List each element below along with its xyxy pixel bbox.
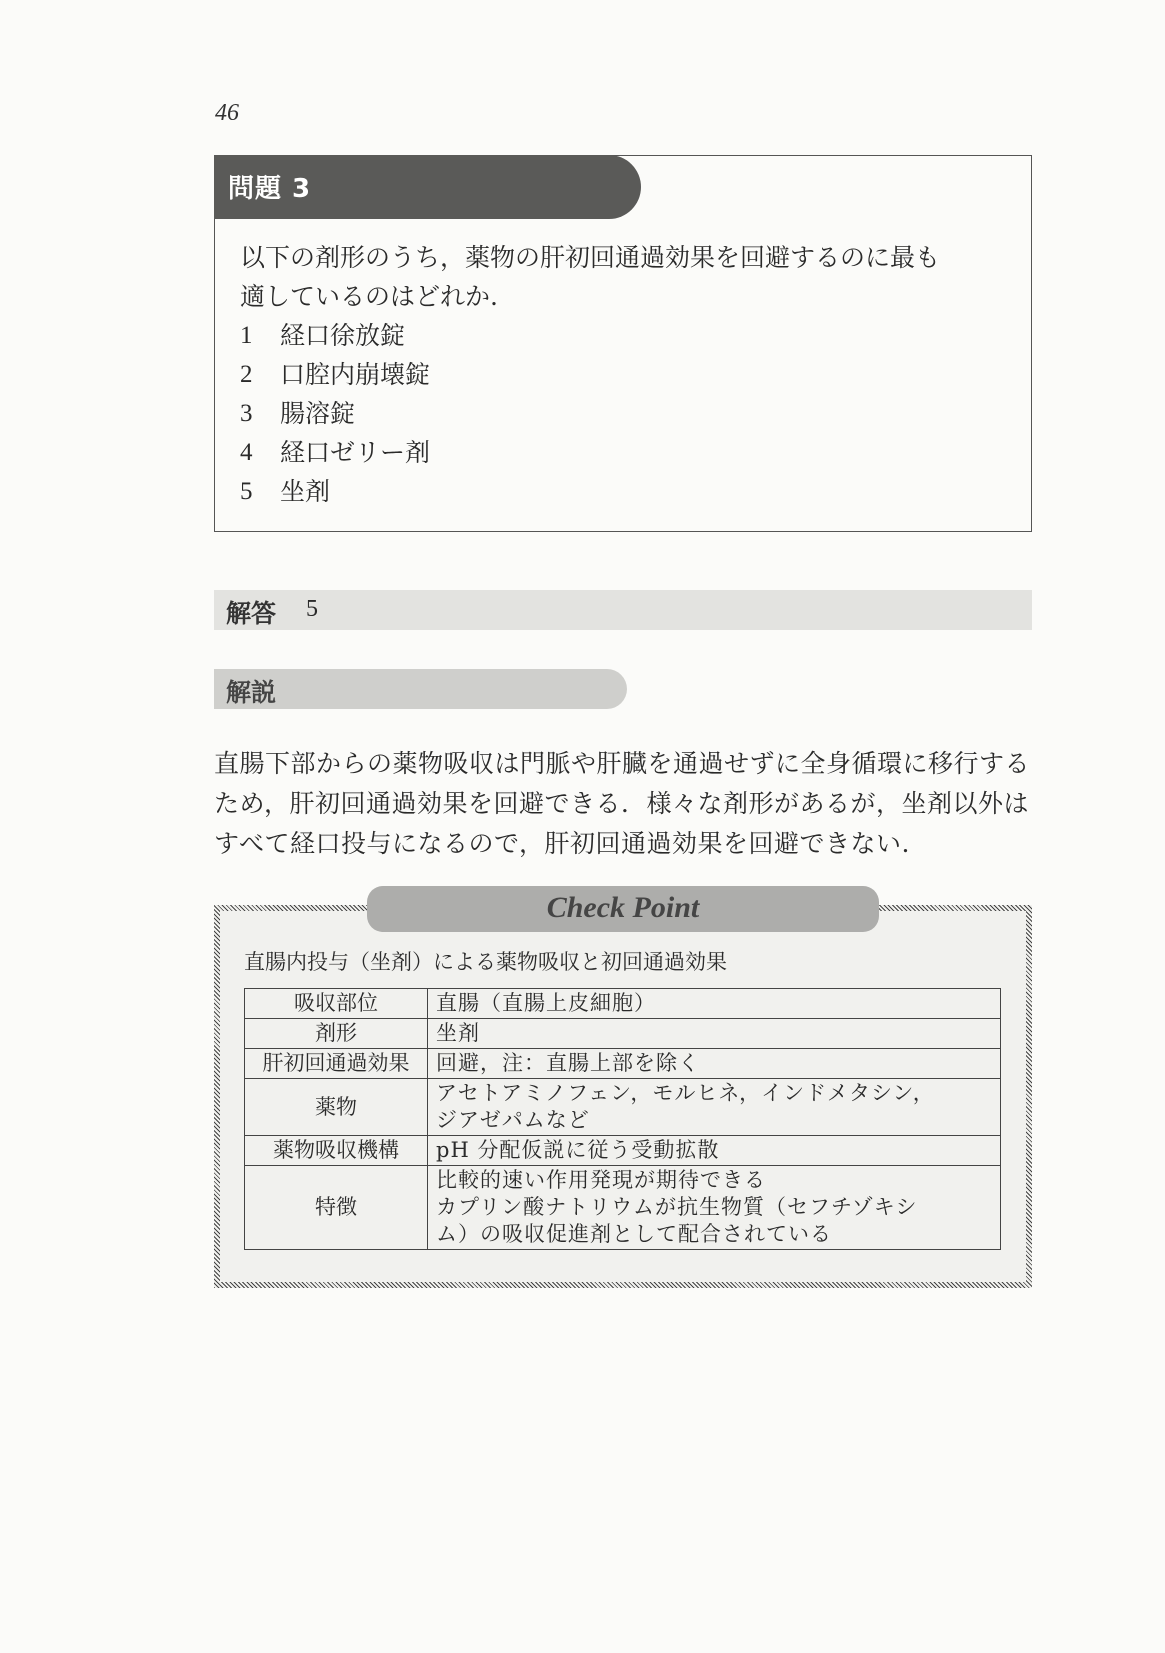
table-key: 薬物吸収機構 xyxy=(245,1136,428,1166)
question-title: 問題 3 xyxy=(228,168,311,205)
table-row: 特徴 比較的速い作用発現が期待できる カプリン酸ナトリウムが抗生物質（セフチゾキ… xyxy=(245,1166,1001,1250)
table-value-line: ジアゼパムなど xyxy=(436,1107,992,1134)
table-value-line: カプリン酸ナトリウムが抗生物質（セフチゾキシ xyxy=(436,1194,992,1221)
option-2: 2口腔内崩壊錠 xyxy=(240,355,1020,394)
table-value: 直腸（直腸上皮細胞） xyxy=(428,989,1001,1019)
option-4: 4経口ゼリー剤 xyxy=(240,433,1020,472)
check-point-title-pill: Check Point xyxy=(367,886,879,932)
option-1: 1経口徐放錠 xyxy=(240,316,1020,355)
option-5: 5坐剤 xyxy=(240,472,1020,511)
explanation-header: 解説 xyxy=(214,669,627,709)
check-point-caption: 直腸内投与（坐剤）による薬物吸収と初回通過効果 xyxy=(244,946,727,976)
table-value-line: アセトアミノフェン，モルヒネ，インドメタシン， xyxy=(436,1080,992,1107)
question-stem-line: 以下の剤形のうち，薬物の肝初回通過効果を回避するのに最も xyxy=(240,238,1020,277)
option-text: 坐剤 xyxy=(280,472,330,511)
table-row: 薬物 アセトアミノフェン，モルヒネ，インドメタシン， ジアゼパムなど xyxy=(245,1079,1001,1136)
table-row: 吸収部位 直腸（直腸上皮細胞） xyxy=(245,989,1001,1019)
table-row: 剤形 坐剤 xyxy=(245,1019,1001,1049)
table-key: 剤形 xyxy=(245,1019,428,1049)
check-point-title: Check Point xyxy=(367,891,879,925)
table-row: 薬物吸収機構 pH 分配仮説に従う受動拡散 xyxy=(245,1136,1001,1166)
option-text: 経口徐放錠 xyxy=(280,316,405,355)
table-key: 薬物 xyxy=(245,1079,428,1136)
table-value-line: 回避，注：直腸上部を除く xyxy=(436,1050,992,1077)
table-key: 肝初回通過効果 xyxy=(245,1049,428,1079)
table-value: 坐剤 xyxy=(428,1019,1001,1049)
option-text: 腸溶錠 xyxy=(280,394,355,433)
answer-bar: 解答 5 xyxy=(214,590,1032,630)
explanation-line: ため，肝初回通過効果を回避できる．様々な剤形があるが，坐剤以外は xyxy=(214,784,1034,824)
table-row: 肝初回通過効果 回避，注：直腸上部を除く xyxy=(245,1049,1001,1079)
table-value: 回避，注：直腸上部を除く xyxy=(428,1049,1001,1079)
check-point-table: 吸収部位 直腸（直腸上皮細胞） 剤形 坐剤 肝初回通過効果 回避，注：直腸上部を… xyxy=(244,988,1001,1250)
table-value: 比較的速い作用発現が期待できる カプリン酸ナトリウムが抗生物質（セフチゾキシ ム… xyxy=(428,1166,1001,1250)
option-number: 2 xyxy=(240,355,280,394)
explanation-label: 解説 xyxy=(226,673,276,709)
option-text: 口腔内崩壊錠 xyxy=(280,355,430,394)
table-key: 特徴 xyxy=(245,1166,428,1250)
option-number: 4 xyxy=(240,433,280,472)
explanation-line: 直腸下部からの薬物吸収は門脈や肝臓を通過せずに全身循環に移行する xyxy=(214,744,1034,784)
table-value-line: pH 分配仮説に従う受動拡散 xyxy=(436,1137,992,1164)
table-value-line: 坐剤 xyxy=(436,1020,992,1047)
table-value-line: 直腸（直腸上皮細胞） xyxy=(436,990,992,1017)
answer-options: 1経口徐放錠 2口腔内崩壊錠 3腸溶錠 4経口ゼリー剤 5坐剤 xyxy=(240,316,1020,511)
option-text: 経口ゼリー剤 xyxy=(280,433,430,472)
option-3: 3腸溶錠 xyxy=(240,394,1020,433)
explanation-line: すべて経口投与になるので，肝初回通過効果を回避できない. xyxy=(214,824,1034,864)
table-value-line: 比較的速い作用発現が期待できる xyxy=(436,1167,992,1194)
option-number: 1 xyxy=(240,316,280,355)
question-header: 問題 3 xyxy=(214,155,641,219)
page-number: 46 xyxy=(215,100,239,127)
option-number: 3 xyxy=(240,394,280,433)
answer-label: 解答 xyxy=(226,594,276,630)
question-stem-line: 適しているのはどれか. xyxy=(240,277,1020,316)
table-value: アセトアミノフェン，モルヒネ，インドメタシン， ジアゼパムなど xyxy=(428,1079,1001,1136)
question-body: 以下の剤形のうち，薬物の肝初回通過効果を回避するのに最も 適しているのはどれか.… xyxy=(240,238,1020,511)
option-number: 5 xyxy=(240,472,280,511)
table-key: 吸収部位 xyxy=(245,989,428,1019)
table-value: pH 分配仮説に従う受動拡散 xyxy=(428,1136,1001,1166)
table-value-line: ム）の吸収促進剤として配合されている xyxy=(436,1221,992,1248)
answer-value: 5 xyxy=(306,596,318,623)
explanation-body: 直腸下部からの薬物吸収は門脈や肝臓を通過せずに全身循環に移行する ため，肝初回通… xyxy=(214,744,1034,864)
